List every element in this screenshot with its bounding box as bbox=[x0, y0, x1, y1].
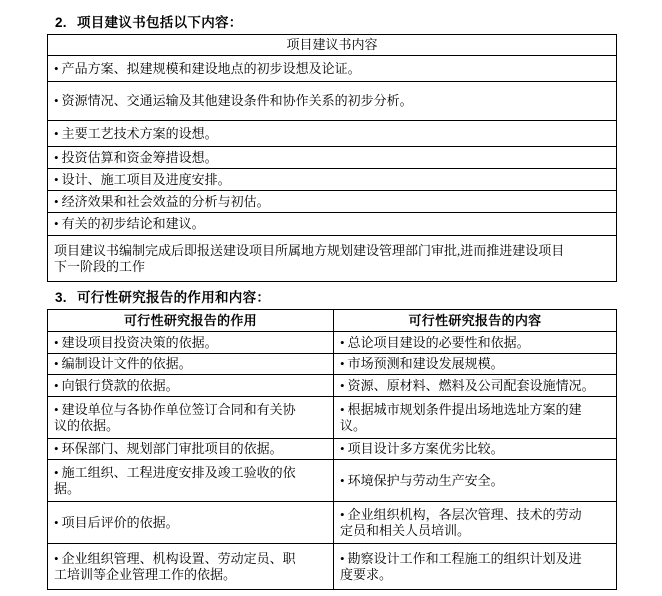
table-row: •产品方案、拟建规模和建设地点的初步设想及论证。 bbox=[48, 55, 616, 81]
table-row: •编制设计文件的依据。 •市场预测和建设发展规模。 bbox=[48, 353, 616, 374]
row-text: 投资估算和资金筹措设想。 bbox=[62, 150, 218, 165]
table-row: •资源情况、交通运输及其他建设条件和协作关系的初步分析。 bbox=[48, 81, 616, 120]
role-text: 企业组织管理、机构设置、劳动定员、职 工培训等企业管理工作的依据。 bbox=[54, 551, 296, 582]
item-cell: •主要工艺技术方案的设想。 bbox=[48, 121, 616, 146]
bullet-icon: • bbox=[54, 402, 59, 417]
bullet-icon: • bbox=[54, 335, 59, 350]
bullet-icon: • bbox=[340, 507, 345, 522]
item-cell: •资源情况、交通运输及其他建设条件和协作关系的初步分析。 bbox=[48, 82, 616, 120]
bullet-icon: • bbox=[54, 515, 59, 530]
row-text: 有关的初步结论和建议。 bbox=[62, 216, 205, 231]
row-text: 主要工艺技术方案的设想。 bbox=[62, 126, 218, 141]
bullet-icon: • bbox=[54, 378, 59, 393]
item-cell: •设计、施工项目及进度安排。 bbox=[48, 169, 616, 190]
role-cell: •企业组织管理、机构设置、劳动定员、职 工培训等企业管理工作的依据。 bbox=[48, 544, 334, 589]
bullet-icon: • bbox=[54, 216, 59, 231]
bullet-icon: • bbox=[340, 473, 345, 488]
content-text: 总论项目建设的必要性和依据。 bbox=[348, 335, 530, 350]
role-text: 编制设计文件的依据。 bbox=[62, 356, 192, 371]
content-cell: •环境保护与劳动生产安全。 bbox=[334, 460, 616, 501]
content-text: 市场预测和建设发展规模。 bbox=[348, 356, 504, 371]
bullet-icon: • bbox=[340, 441, 345, 456]
row-text: 资源情况、交通运输及其他建设条件和协作关系的初步分析。 bbox=[62, 93, 413, 108]
bullet-icon: • bbox=[340, 551, 345, 566]
bullet-icon: • bbox=[54, 172, 59, 187]
project-proposal-table: 项目建议书内容 •产品方案、拟建规模和建设地点的初步设想及论证。 •资源情况、交… bbox=[47, 34, 617, 282]
role-text: 项目后评价的依据。 bbox=[62, 515, 179, 530]
bullet-icon: • bbox=[54, 441, 59, 456]
role-cell: •建设单位与各协作单位签订合同和有关协 议的依据。 bbox=[48, 397, 334, 438]
content-text: 资源、原材料、燃料及公司配套设施情况。 bbox=[348, 378, 595, 393]
table-row: •投资估算和资金筹措设想。 bbox=[48, 146, 616, 168]
bullet-icon: • bbox=[54, 93, 59, 108]
table-row: •施工组织、工程进度安排及竣工验收的依 据。 •环境保护与劳动生产安全。 bbox=[48, 459, 616, 501]
content-cell: •勘察设计工作和工程施工的组织计划及进 度要求。 bbox=[334, 544, 616, 589]
table-row: •向银行贷款的依据。 •资源、原材料、燃料及公司配套设施情况。 bbox=[48, 374, 616, 396]
content-text: 项目设计多方案优劣比较。 bbox=[348, 441, 504, 456]
item-cell: •产品方案、拟建规模和建设地点的初步设想及论证。 bbox=[48, 56, 616, 81]
section-3-number: 3. bbox=[55, 290, 77, 305]
role-cell: •项目后评价的依据。 bbox=[48, 502, 334, 543]
bullet-icon: • bbox=[54, 194, 59, 209]
table-header-text: 项目建议书内容 bbox=[286, 37, 377, 53]
note-cell: 项目建议书编制完成后即报送建设项目所属地方规划建设管理部门审批,进而推进建设项目… bbox=[48, 236, 616, 281]
content-cell: •项目设计多方案优劣比较。 bbox=[334, 439, 616, 459]
section-3-heading: 3.可行性研究报告的作用和内容： bbox=[55, 286, 662, 306]
table-row: •项目后评价的依据。 •企业组织机构，各层次管理、技术的劳动 定员和相关人员培训… bbox=[48, 501, 616, 543]
item-cell: •有关的初步结论和建议。 bbox=[48, 213, 616, 235]
row-text: 经济效果和社会效益的分析与初估。 bbox=[62, 194, 270, 209]
table-header-cell: 项目建议书内容 bbox=[48, 35, 616, 55]
role-cell: •施工组织、工程进度安排及竣工验收的依 据。 bbox=[48, 460, 334, 501]
bullet-icon: • bbox=[340, 402, 345, 417]
bullet-icon: • bbox=[340, 335, 345, 350]
role-text: 施工组织、工程进度安排及竣工验收的依 据。 bbox=[54, 465, 296, 496]
content-cell: •市场预测和建设发展规模。 bbox=[334, 354, 616, 374]
bullet-icon: • bbox=[340, 378, 345, 393]
table-row: •有关的初步结论和建议。 bbox=[48, 212, 616, 235]
bullet-icon: • bbox=[340, 356, 345, 371]
table-row: •建设项目投资决策的依据。 •总论项目建设的必要性和依据。 bbox=[48, 331, 616, 353]
bullet-icon: • bbox=[54, 61, 59, 76]
bullet-icon: • bbox=[54, 465, 59, 480]
content-text: 勘察设计工作和工程施工的组织计划及进 度要求。 bbox=[340, 551, 582, 582]
section-2-heading: 2.项目建议书包括以下内容： bbox=[55, 11, 662, 31]
note-text: 项目建议书编制完成后即报送建设项目所属地方规划建设管理部门审批,进而推进建设项目… bbox=[54, 243, 564, 274]
section-2-number: 2. bbox=[55, 15, 77, 30]
table-row: •主要工艺技术方案的设想。 bbox=[48, 120, 616, 146]
row-text: 设计、施工项目及进度安排。 bbox=[62, 172, 231, 187]
role-text: 建设项目投资决策的依据。 bbox=[62, 335, 218, 350]
bullet-icon: • bbox=[54, 551, 59, 566]
role-cell: •向银行贷款的依据。 bbox=[48, 375, 334, 396]
role-cell: •环保部门、规划部门审批项目的依据。 bbox=[48, 439, 334, 459]
table-row: •环保部门、规划部门审批项目的依据。 •项目设计多方案优劣比较。 bbox=[48, 438, 616, 459]
table-row: •建设单位与各协作单位签订合同和有关协 议的依据。 •根据城市规划条件提出场地选… bbox=[48, 396, 616, 438]
role-text: 建设单位与各协作单位签订合同和有关协 议的依据。 bbox=[54, 402, 296, 433]
column-header-role: 可行性研究报告的作用 bbox=[48, 310, 334, 331]
table-header-row: 项目建议书内容 bbox=[48, 35, 616, 55]
bullet-icon: • bbox=[54, 150, 59, 165]
role-cell: •编制设计文件的依据。 bbox=[48, 354, 334, 374]
content-cell: •根据城市规划条件提出场地选址方案的建 议。 bbox=[334, 397, 616, 438]
content-text: 企业组织机构，各层次管理、技术的劳动 定员和相关人员培训。 bbox=[340, 507, 582, 538]
table-row: •设计、施工项目及进度安排。 bbox=[48, 168, 616, 190]
column-header-content: 可行性研究报告的内容 bbox=[334, 310, 616, 331]
document-page: 2.项目建议书包括以下内容： 项目建议书内容 •产品方案、拟建规模和建设地点的初… bbox=[0, 0, 662, 596]
row-text: 产品方案、拟建规模和建设地点的初步设想及论证。 bbox=[62, 61, 361, 76]
content-text: 环境保护与劳动生产安全。 bbox=[348, 473, 504, 488]
table-note-row: 项目建议书编制完成后即报送建设项目所属地方规划建设管理部门审批,进而推进建设项目… bbox=[48, 235, 616, 281]
feasibility-table: 可行性研究报告的作用 可行性研究报告的内容 •建设项目投资决策的依据。 •总论项… bbox=[47, 309, 617, 590]
item-cell: •投资估算和资金筹措设想。 bbox=[48, 147, 616, 168]
section-3-title: 可行性研究报告的作用和内容： bbox=[77, 290, 270, 305]
bullet-icon: • bbox=[54, 126, 59, 141]
role-text: 环保部门、规划部门审批项目的依据。 bbox=[62, 441, 283, 456]
content-cell: •企业组织机构，各层次管理、技术的劳动 定员和相关人员培训。 bbox=[334, 502, 616, 543]
role-cell: •建设项目投资决策的依据。 bbox=[48, 332, 334, 353]
role-text: 向银行贷款的依据。 bbox=[62, 378, 179, 393]
item-cell: •经济效果和社会效益的分析与初估。 bbox=[48, 191, 616, 212]
content-cell: •资源、原材料、燃料及公司配套设施情况。 bbox=[334, 375, 616, 396]
table-header-row: 可行性研究报告的作用 可行性研究报告的内容 bbox=[48, 310, 616, 331]
content-text: 根据城市规划条件提出场地选址方案的建 议。 bbox=[340, 402, 582, 433]
content-cell: •总论项目建设的必要性和依据。 bbox=[334, 332, 616, 353]
table-row: •企业组织管理、机构设置、劳动定员、职 工培训等企业管理工作的依据。 •勘察设计… bbox=[48, 543, 616, 589]
section-2-title: 项目建议书包括以下内容： bbox=[77, 15, 243, 30]
bullet-icon: • bbox=[54, 356, 59, 371]
table-row: •经济效果和社会效益的分析与初估。 bbox=[48, 190, 616, 212]
